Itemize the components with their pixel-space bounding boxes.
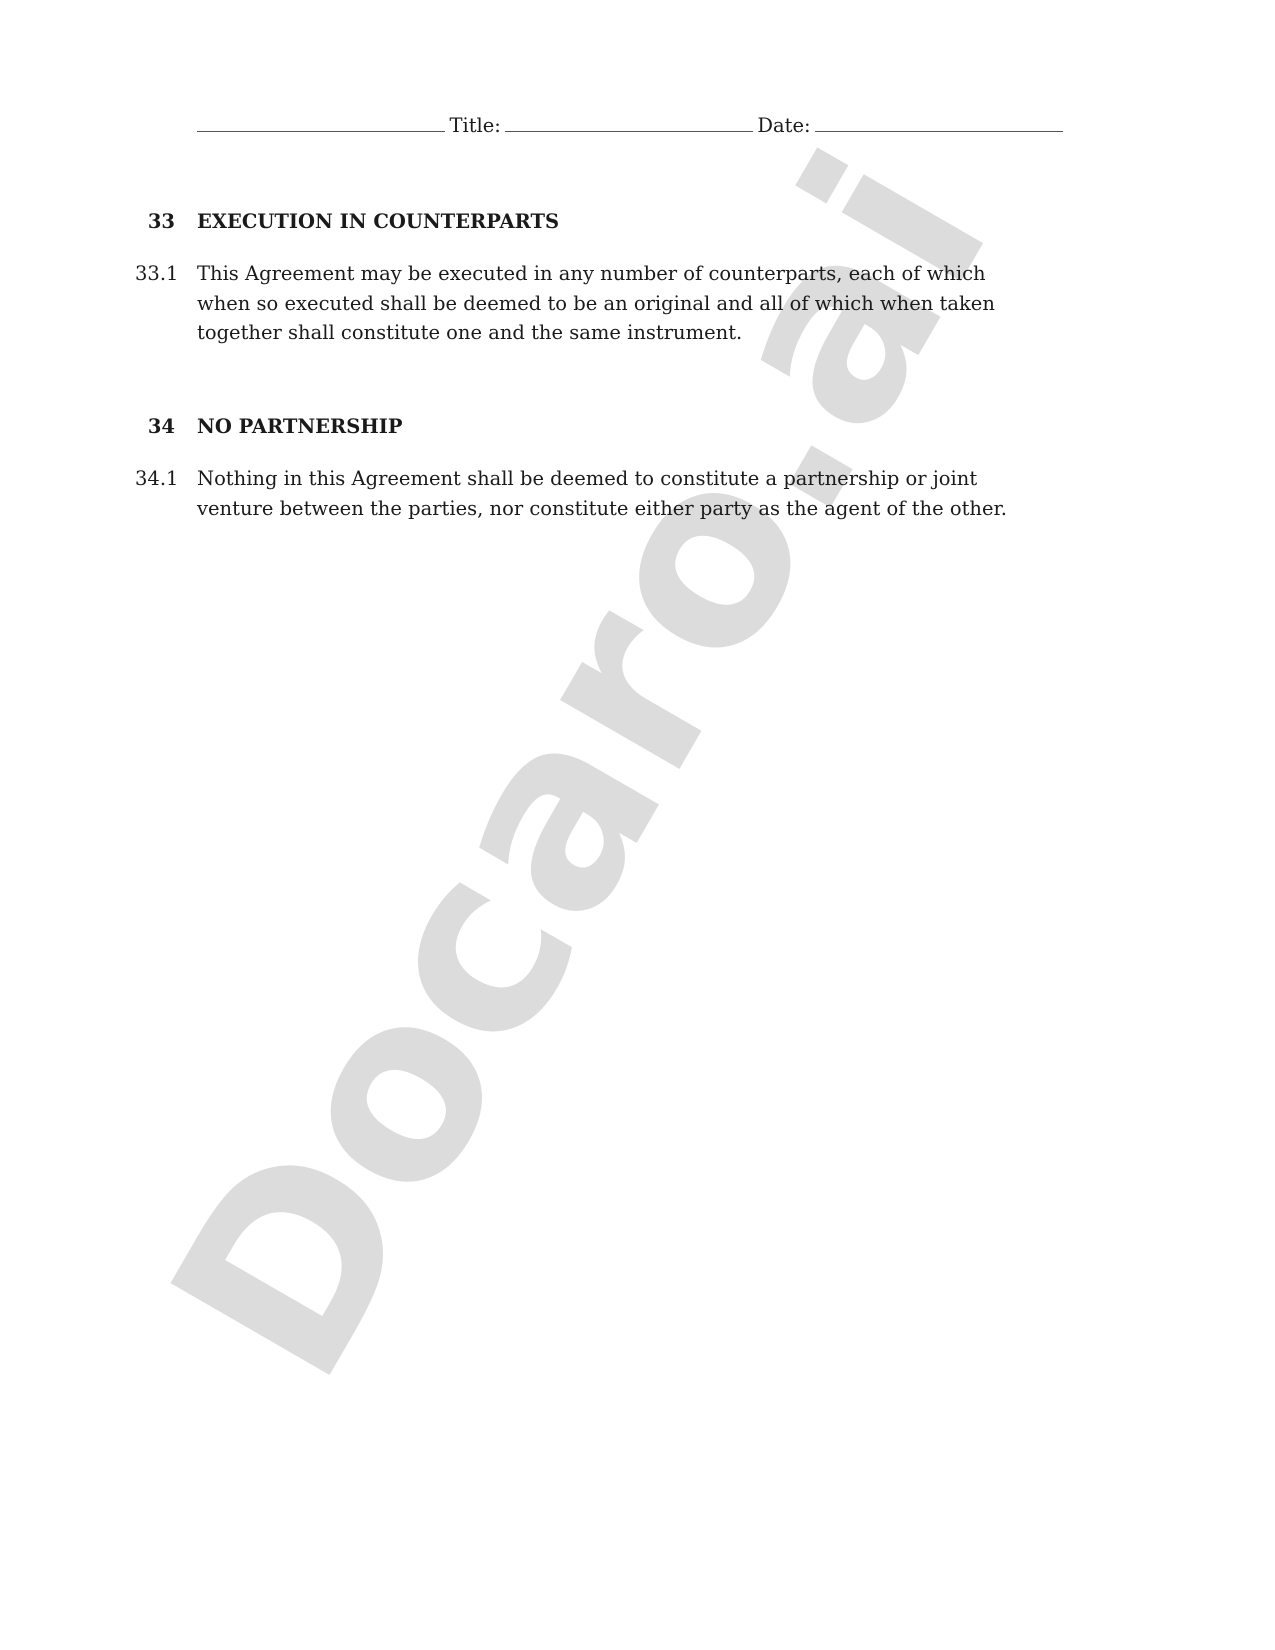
- date-blank: [815, 113, 1063, 132]
- section-title: EXECUTION IN COUNTERPARTS: [197, 210, 559, 233]
- section-number: 34: [130, 415, 175, 438]
- signature-blank: [197, 113, 445, 132]
- watermark: Docaro.ai: [0, 0, 1275, 1650]
- clause-33-1: 33.1 This Agreement may be executed in a…: [135, 259, 1015, 348]
- section-heading-33: 33 EXECUTION IN COUNTERPARTS: [130, 210, 559, 233]
- title-label: Title:: [449, 113, 500, 139]
- clause-number: 33.1: [135, 259, 197, 348]
- clause-text: Nothing in this Agreement shall be deeme…: [197, 464, 1015, 523]
- clause-text: This Agreement may be executed in any nu…: [197, 259, 1015, 348]
- signature-line: Title: Date:: [197, 113, 1067, 139]
- section-number: 33: [130, 210, 175, 233]
- date-label: Date:: [757, 113, 810, 139]
- title-blank: [505, 113, 753, 132]
- clause-number: 34.1: [135, 464, 197, 523]
- clause-34-1: 34.1 Nothing in this Agreement shall be …: [135, 464, 1015, 523]
- section-heading-34: 34 NO PARTNERSHIP: [130, 415, 403, 438]
- section-title: NO PARTNERSHIP: [197, 415, 403, 438]
